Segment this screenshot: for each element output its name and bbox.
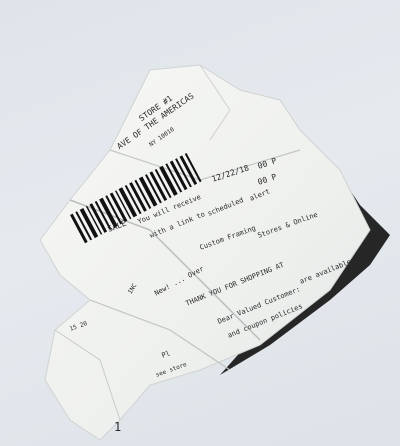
- receipt-shape: [0, 0, 400, 446]
- number-one: 1: [114, 420, 121, 434]
- photo-scene: STORE #1 AVE OF THE AMERICAS NY 10010 12…: [0, 0, 400, 446]
